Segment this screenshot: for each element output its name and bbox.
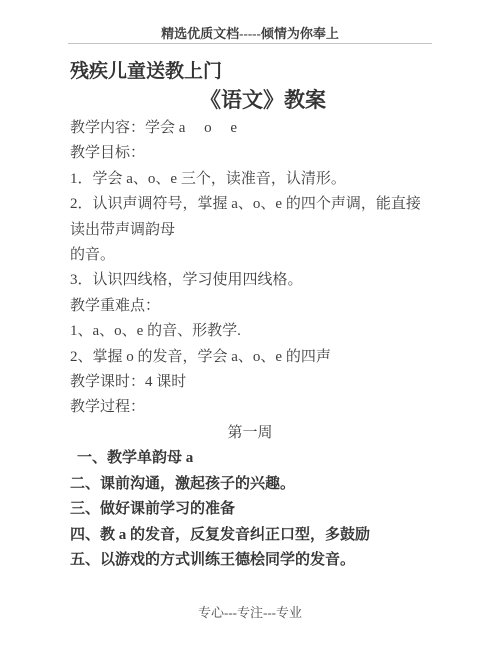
line-goal-3: 3．认识四线格，学习使用四线格。: [70, 268, 430, 293]
page-footer-text: 专心---专注---专业: [0, 605, 500, 620]
line-step-2: 二、课前沟通，激起孩子的兴趣。: [70, 472, 430, 497]
line-step-3: 三、做好课前学习的准备: [70, 497, 430, 522]
header-divider-line: [68, 43, 432, 44]
line-key-point-2: 2、掌握 o 的发音，学会 a、o、e 的四声: [70, 345, 430, 370]
line-key-points-heading: 教学重难点：: [70, 294, 430, 319]
doc-title-line1: 残疾儿童送教上门: [70, 60, 430, 84]
line-teaching-content: 教学内容：学会 a o e: [70, 116, 430, 141]
line-step-5: 五、以游戏的方式训练王德桧同学的发音。: [70, 548, 430, 573]
line-teaching-process-heading: 教学过程：: [70, 395, 430, 420]
line-week-one-heading: 第一周: [70, 421, 430, 446]
body-lines: 教学内容：学会 a o e 教学目标： 1．学会 a、o、e 三个，读准音，认清…: [70, 116, 430, 573]
document-body: 残疾儿童送教上门 《语文》教案 教学内容：学会 a o e 教学目标： 1．学会…: [70, 60, 430, 573]
doc-title-line2: 《语文》教案: [70, 86, 430, 114]
line-goal-2-continued: 的音。: [70, 243, 430, 268]
line-step-1: 一、教学单韵母 a: [70, 446, 430, 471]
line-step-4: 四、教 a 的发音，反复发音纠正口型，多鼓励: [70, 523, 430, 548]
line-goal-1: 1．学会 a、o、e 三个，读准音，认清形。: [70, 167, 430, 192]
line-teaching-goals-heading: 教学目标：: [70, 141, 430, 166]
line-goal-2: 2．认识声调符号，掌握 a、o、e 的四个声调，能直接读出带声调韵母: [70, 192, 430, 243]
page-header-text: 精选优质文档-----倾情为你奉上: [0, 0, 500, 41]
line-class-hours: 教学课时：4 课时: [70, 370, 430, 395]
document-page: 精选优质文档-----倾情为你奉上 残疾儿童送教上门 《语文》教案 教学内容：学…: [0, 0, 500, 647]
line-key-point-1: 1、a、o、e 的音、形教学.: [70, 319, 430, 344]
